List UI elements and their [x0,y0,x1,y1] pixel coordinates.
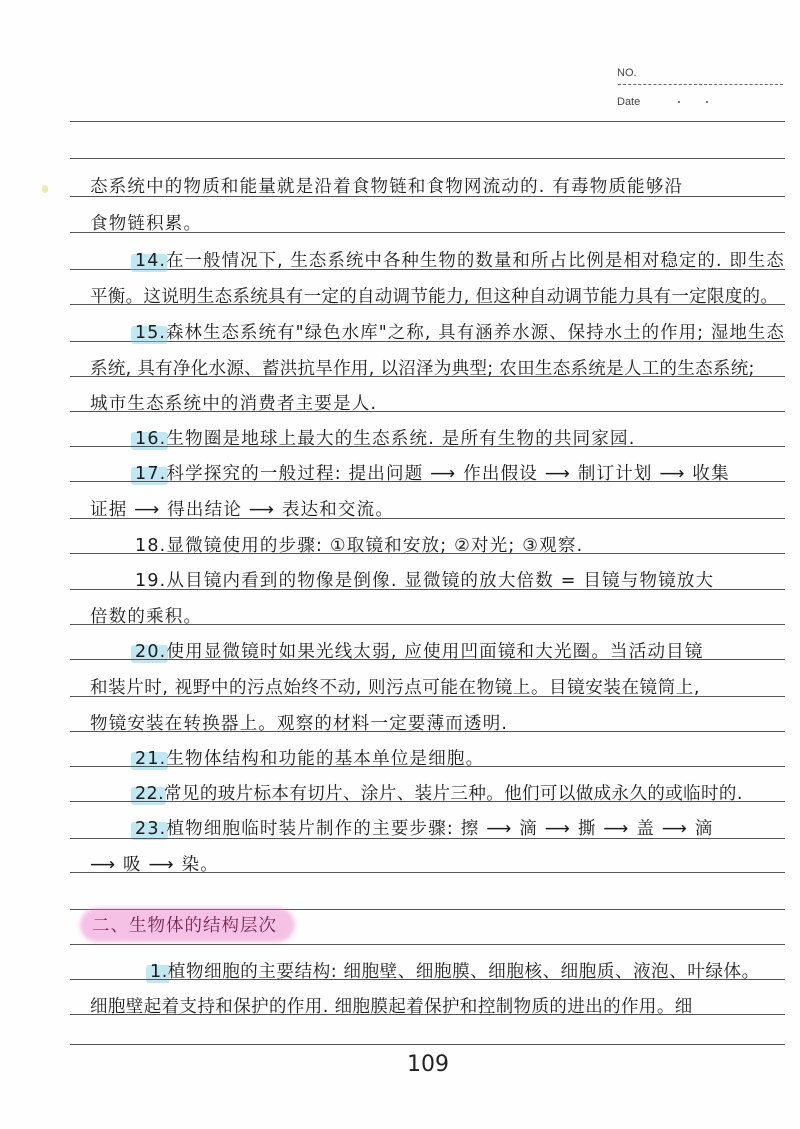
date-dot [706,101,708,103]
text-line: 城市生态系统中的消费者主要是人. [90,390,377,415]
text-line: 16.生物圈是地球上最大的生态系统. 是所有生物的共同家园. [135,425,636,450]
header-rule [70,121,785,122]
text-line: 22.常见的玻片标本有切片、涂片、装片三种。他们可以做成永久的或临时的. [135,780,743,805]
item-number: 1. [150,962,168,982]
text-line: 23.植物细胞临时装片制作的主要步骤: 擦 ⟶ 滴 ⟶ 撕 ⟶ 盖 ⟶ 滴 [135,815,714,840]
item-number: 21. [135,749,166,769]
item-number: 23. [135,819,166,839]
text-line: 系统, 具有净化水源、蓄洪抗旱作用, 以沼泽为典型; 农田生态系统是人工的生态系… [90,355,755,380]
date-label: Date [617,96,640,108]
text-line: 细胞壁起着支持和保护的作用. 细胞膜起着保护和控制物质的进出的作用。细 [90,993,693,1018]
ruled-line [70,158,785,159]
text-line: 17.科学探究的一般过程: 提出问题 ⟶ 作出假设 ⟶ 制订计划 ⟶ 收集 [135,460,730,485]
ruled-line [70,944,785,945]
text-line: 态系统中的物质和能量就是沿着食物链和食物网流动的. 有毒物质能够沿 [90,173,683,198]
text-line: 倍数的乘积。 [90,603,202,628]
item-number: 17. [135,464,166,484]
text-line: 食物链积累。 [90,210,202,235]
section-heading: 二、生物体的结构层次 [92,912,277,937]
footer-rule [70,1044,785,1045]
text-line: 和装片时, 视野中的污点始终不动, 则污点可能在物镜上。目镜安装在镜筒上, [90,674,700,699]
text-line: ⟶ 吸 ⟶ 染。 [90,851,219,876]
number-dotted-line [618,84,783,85]
text-line: 15.森林生态系统有"绿色水库"之称, 具有涵养水源、保持水土的作用; 湿地生态 [135,319,785,344]
text-line: 14.在一般情况下, 生态系统中各种生物的数量和所占比例是相对稳定的. 即生态 [135,247,785,272]
margin-mark [42,185,48,193]
item-number: 22. [135,784,164,804]
item-number: 16. [135,429,166,449]
text-line: 物镜安装在转换器上。观察的材料一定要薄而透明. [90,710,508,735]
date-dot [678,101,680,103]
text-line: 1.植物细胞的主要结构: 细胞壁、细胞膜、细胞核、细胞质、液泡、叶绿体。 [150,958,760,983]
item-number: 19. [135,571,166,591]
item-number: 14. [135,251,166,271]
notebook-page: NO. Date 态系统中的物质和能量就是沿着食物链和食物网流动的. 有毒物质能… [0,0,800,1129]
item-number: 18. [135,536,166,556]
page-number: 109 [407,1052,449,1077]
number-label: NO. [617,67,637,79]
text-line: 19.从目镜内看到的物像是倒像. 显微镜的放大倍数 = 目镜与物镜放大 [135,567,714,592]
item-number: 15. [135,323,166,343]
text-line: 21.生物体结构和功能的基本单位是细胞。 [135,745,484,770]
text-line: 平衡。这说明生态系统具有一定的自动调节能力, 但这种自动调节能力具有一定限度的。 [90,283,778,308]
item-number: 20. [135,642,166,662]
text-line: 20.使用显微镜时如果光线太弱, 应使用凹面镜和大光圈。当活动目镜 [135,638,704,663]
text-line: 18.显微镜使用的步骤: ①取镜和安放; ②对光; ③观察. [135,532,583,557]
text-line: 证据 ⟶ 得出结论 ⟶ 表达和交流。 [90,496,394,521]
